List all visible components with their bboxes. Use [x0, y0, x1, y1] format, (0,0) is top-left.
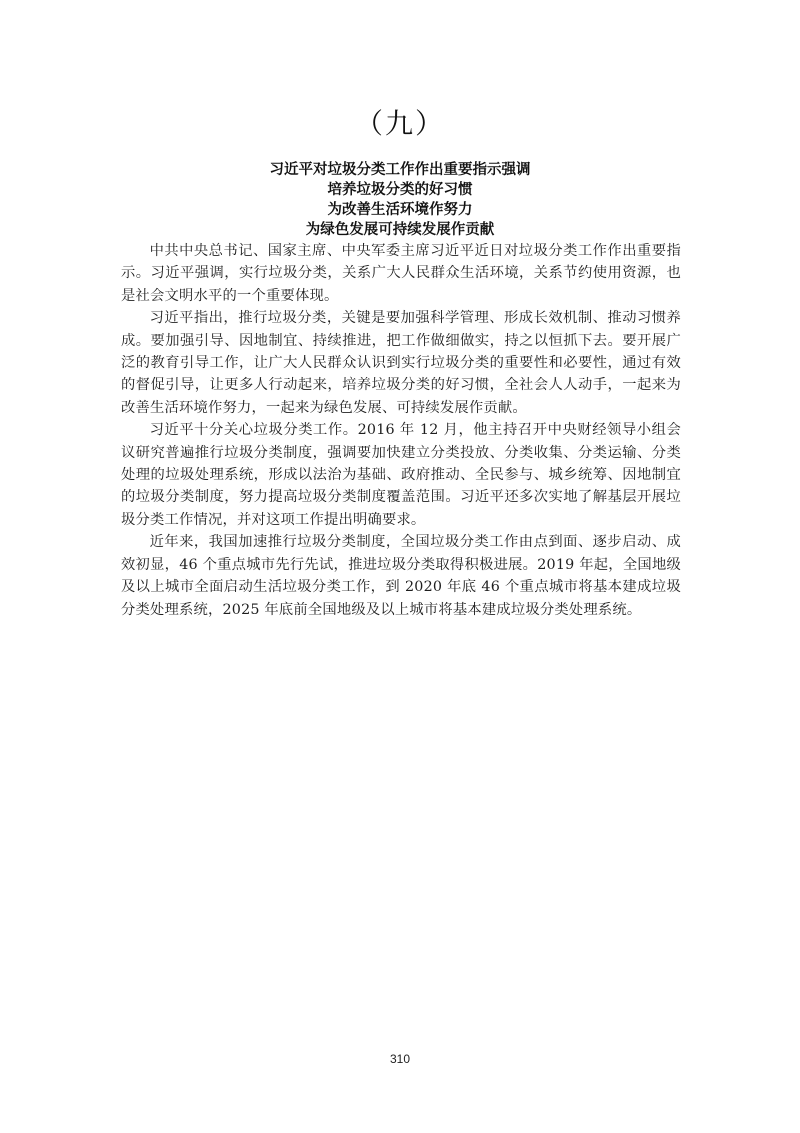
document-page: （九） 习近平对垃圾分类工作作出重要指示强调 培养垃圾分类的好习惯 为改善生活环…: [0, 0, 800, 1133]
headline-line-2: 培养垃圾分类的好习惯: [0, 180, 800, 200]
headline-line-1: 习近平对垃圾分类工作作出重要指示强调: [0, 160, 800, 180]
headline-line-3: 为改善生活环境作努力: [0, 200, 800, 220]
section-number: （九）: [0, 102, 800, 142]
headline: 习近平对垃圾分类工作作出重要指示强调 培养垃圾分类的好习惯 为改善生活环境作努力…: [0, 160, 800, 240]
page-number: 310: [0, 1052, 800, 1066]
paragraph-1: 中共中央总书记、国家主席、中央军委主席习近平近日对垃圾分类工作作出重要指示。习近…: [121, 240, 681, 307]
article-body: 中共中央总书记、国家主席、中央军委主席习近平近日对垃圾分类工作作出重要指示。习近…: [121, 240, 681, 621]
paragraph-2: 习近平指出，推行垃圾分类，关键是要加强科学管理、形成长效机制、推动习惯养成。要加…: [121, 307, 681, 419]
paragraph-4: 近年来，我国加速推行垃圾分类制度，全国垃圾分类工作由点到面、逐步启动、成效初显，…: [121, 531, 681, 621]
headline-line-4: 为绿色发展可持续发展作贡献: [0, 220, 800, 240]
paragraph-3: 习近平十分关心垃圾分类工作。2016 年 12 月，他主持召开中央财经领导小组会…: [121, 419, 681, 531]
